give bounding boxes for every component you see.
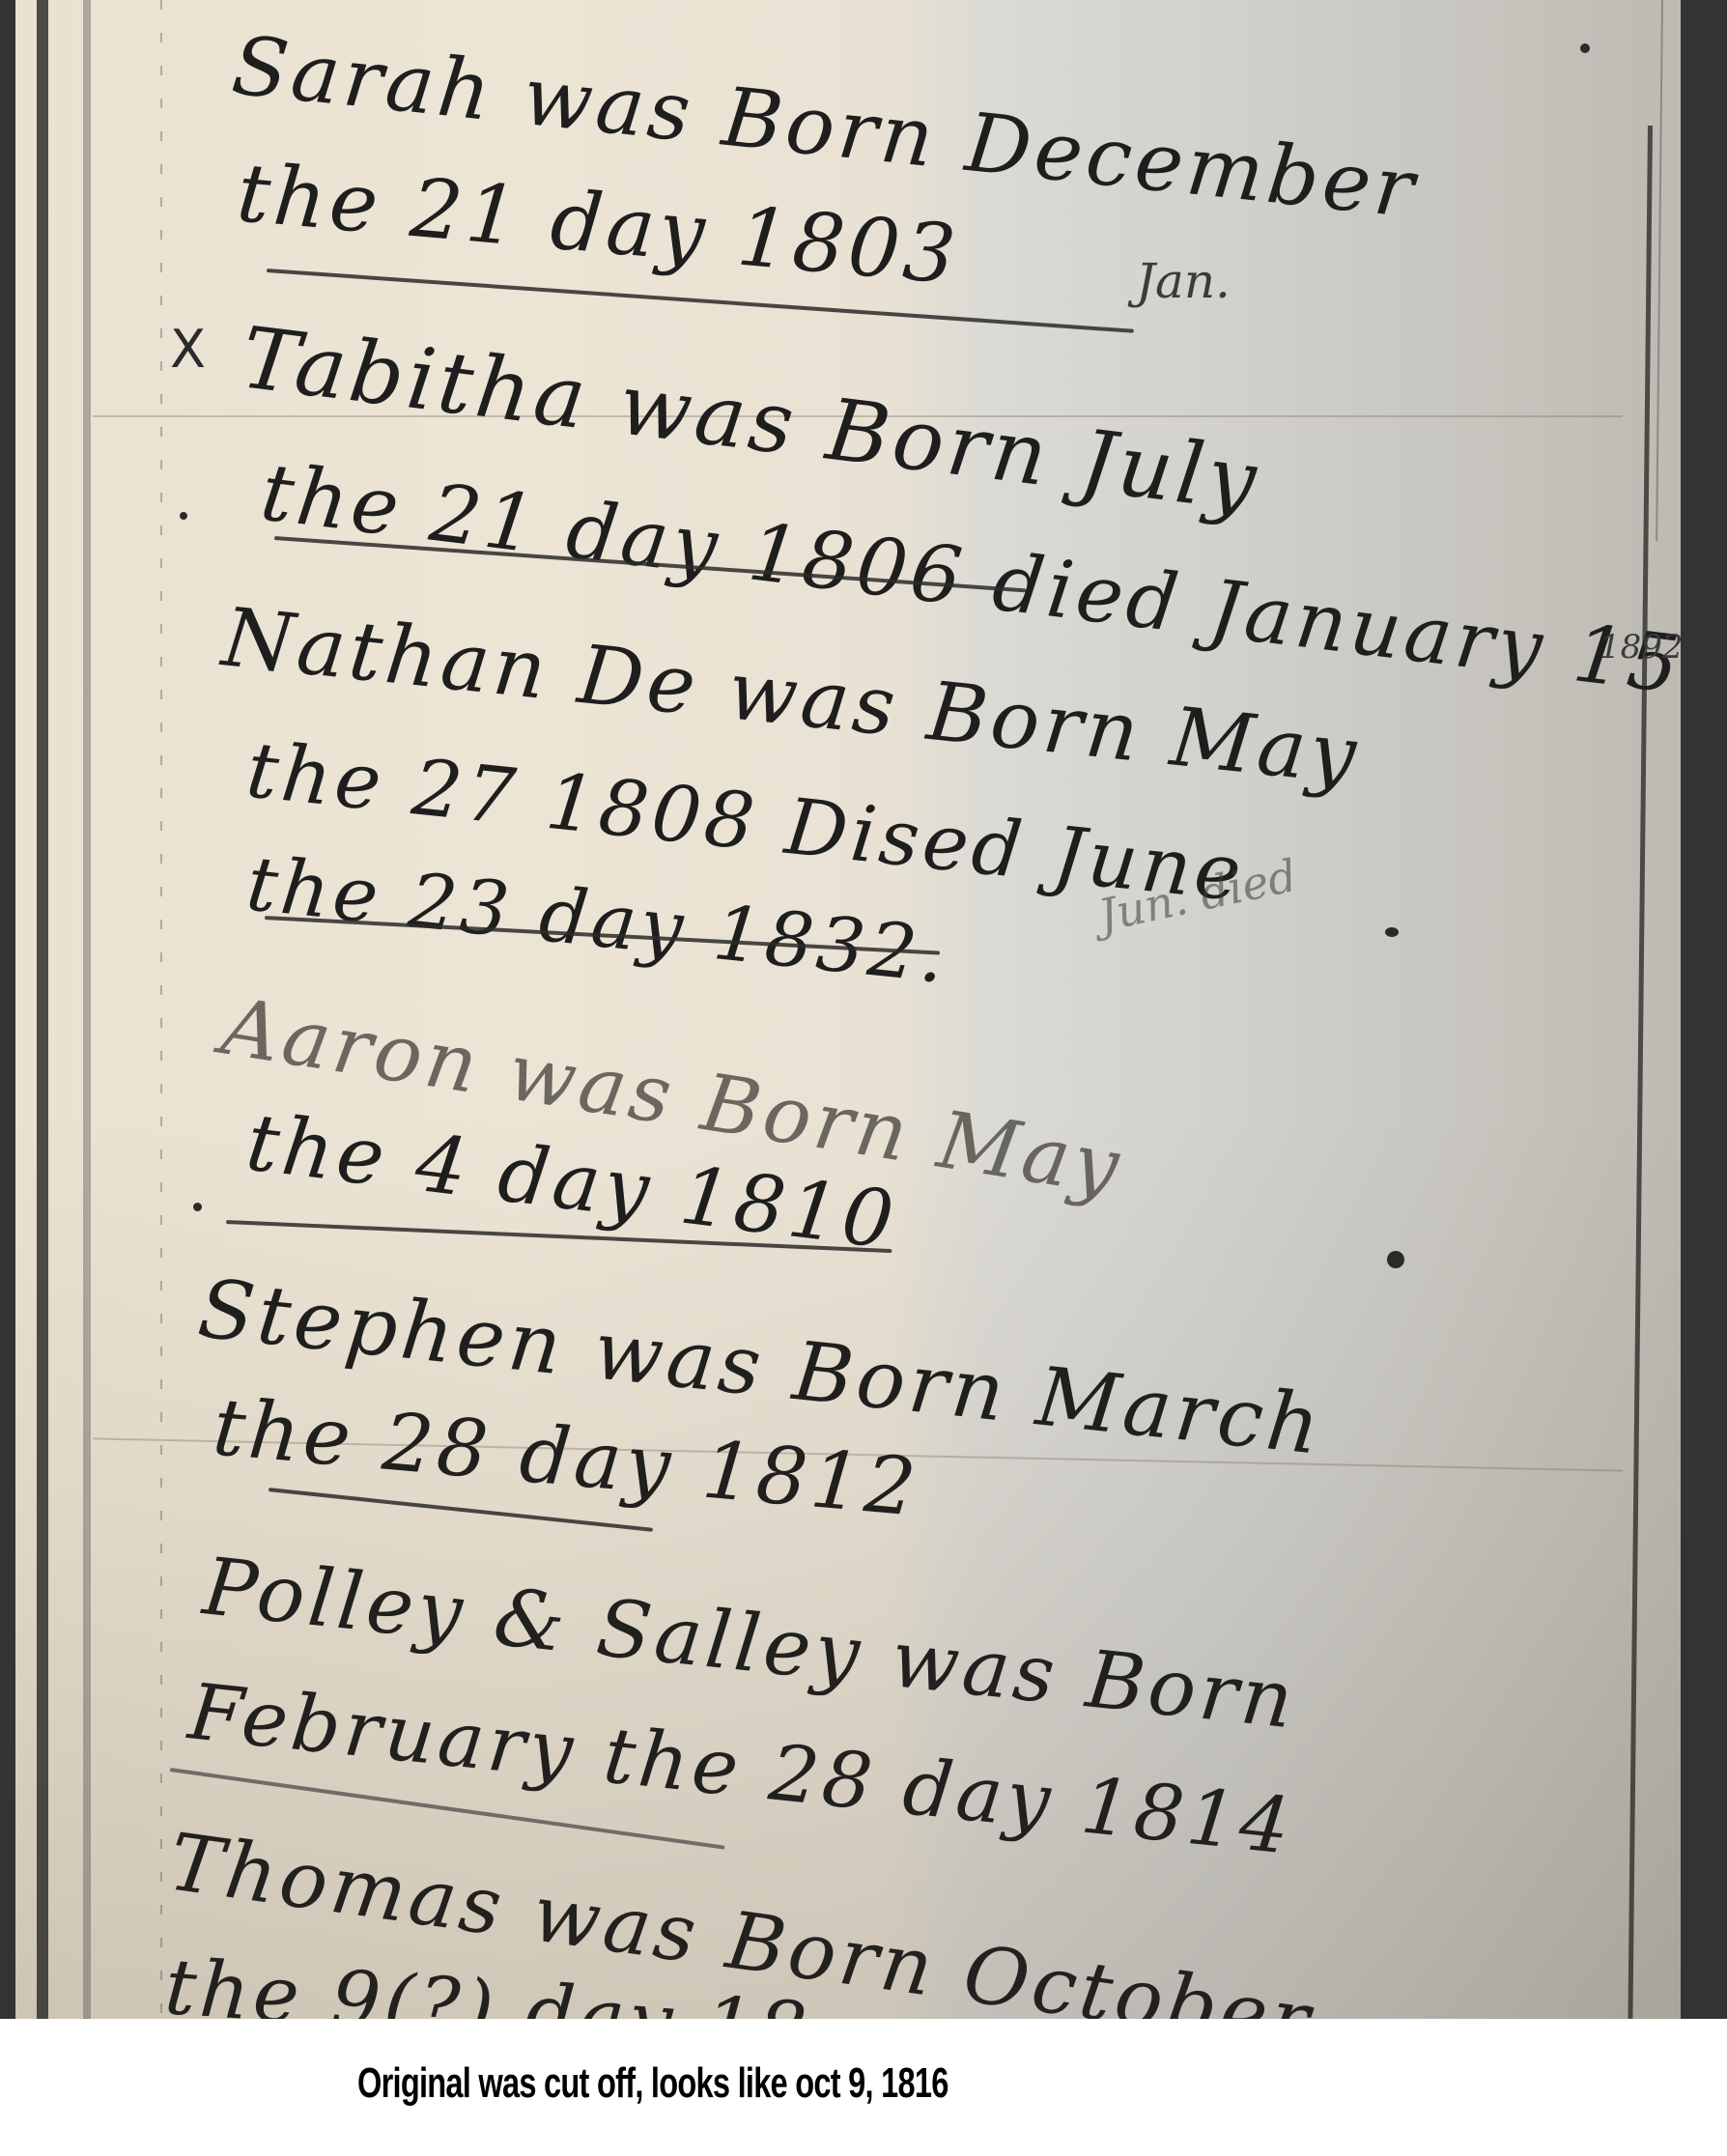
paper-sheet: Sarah was Born December the 21 day 1803 … [15, 0, 1681, 2019]
caption-text: Original was cut off, looks like oct 9, … [357, 2059, 948, 2108]
margin-x-mark: X [170, 319, 206, 380]
annotation-year-1892: 1892 [1600, 628, 1684, 667]
ink-speck [1385, 927, 1399, 937]
annotation-jan: Jan. [1136, 253, 1231, 309]
margin-dotted-line [160, 0, 162, 2019]
page-frame: Sarah was Born December the 21 day 1803 … [0, 0, 1727, 2156]
ink-speck [180, 512, 187, 520]
caption-band: Original was cut off, looks like oct 9, … [0, 2019, 1727, 2156]
ink-speck [1387, 1251, 1404, 1268]
binding-edge-light [83, 0, 91, 2019]
right-ruled-line-faint [1656, 0, 1663, 541]
document-photo: Sarah was Born December the 21 day 1803 … [0, 0, 1727, 2019]
ink-speck [1580, 43, 1590, 53]
right-ruled-line [1628, 126, 1653, 2019]
ink-speck [193, 1203, 202, 1211]
binding-edge-dark [37, 0, 48, 2019]
